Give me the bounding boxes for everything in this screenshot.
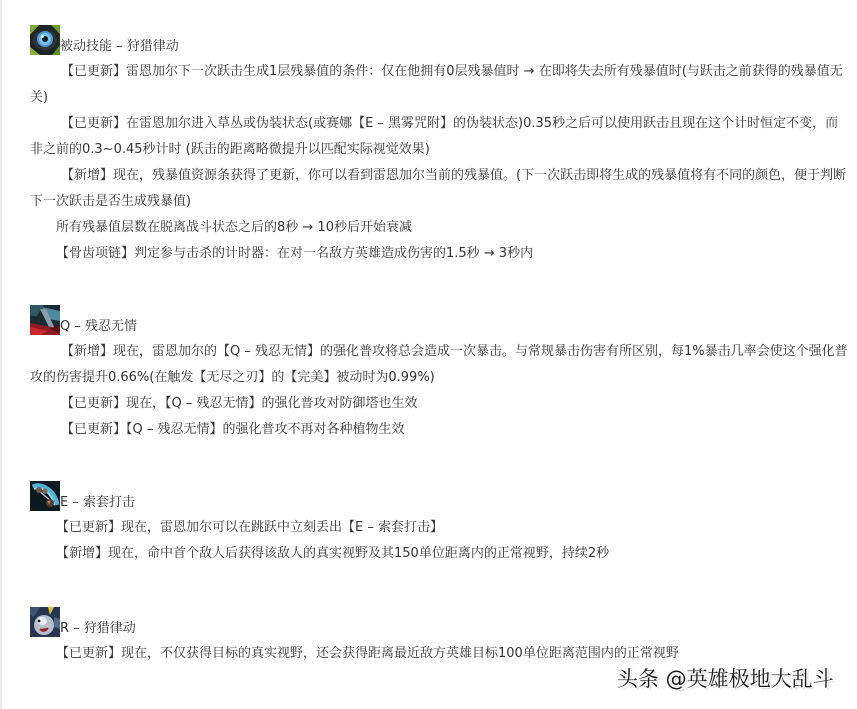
e-bola-icon	[30, 481, 60, 511]
q-blade-icon	[30, 305, 60, 335]
paragraph: 【骨齿项链】判定参与击杀的计时器：在对一名敌方英雄造成伤害的1.5秒 → 3秒内	[30, 241, 850, 267]
paragraph: 【新增】现在，残暴值资源条获得了更新，你可以看到雷恩加尔当前的残暴值。(下一次跃…	[30, 163, 850, 215]
section-title-q: Q – 残忍无情	[30, 305, 850, 335]
section-title-text: E – 索套打击	[60, 495, 135, 511]
section-title-r: R – 狩猎律动	[30, 607, 850, 637]
paragraph: 所有残暴值层数在脱离战斗状态之后的8秒 → 10秒后开始衰减	[30, 215, 850, 241]
section-title-passive: 被动技能 – 狩猎律动	[30, 25, 850, 55]
paragraph: 【新增】现在，雷恩加尔的【Q – 残忍无情】的强化普攻将总会造成一次暴击。与常规…	[30, 339, 850, 391]
section-q: Q – 残忍无情 【新增】现在，雷恩加尔的【Q – 残忍无情】的强化普攻将总会造…	[30, 305, 850, 443]
section-title-e: E – 索套打击	[30, 481, 850, 511]
r-rengar-face-icon	[30, 607, 60, 637]
paragraph: 【已更新】雷恩加尔下一次跃击生成1层残暴值的条件：仅在他拥有0层残暴值时 → 在…	[30, 59, 850, 111]
paragraph: 【已更新】现在，雷恩加尔可以在跳跃中立刻丢出【E – 索套打击】	[30, 515, 850, 541]
passive-eye-icon	[30, 25, 60, 55]
section-passive: 被动技能 – 狩猎律动 【已更新】雷恩加尔下一次跃击生成1层残暴值的条件：仅在他…	[30, 25, 850, 267]
paragraph: 【已更新】在雷恩加尔进入草丛或伪装状态(或赛娜【E – 黑雾咒附】的伪装状态)0…	[30, 111, 850, 163]
page-left-border	[0, 0, 2, 709]
paragraph: 【新增】现在，命中首个敌人后获得该敌人的真实视野及其150单位距离内的正常视野，…	[30, 541, 850, 567]
section-title-text: 被动技能 – 狩猎律动	[60, 39, 179, 55]
section-e: E – 索套打击 【已更新】现在，雷恩加尔可以在跳跃中立刻丢出【E – 索套打击…	[30, 481, 850, 567]
paragraph: 【已更新】现在，不仅获得目标的真实视野，还会获得距离最近敌方英雄目标100单位距…	[30, 641, 850, 667]
paragraph: 【已更新】【Q – 残忍无情】的强化普攻不再对各种植物生效	[30, 417, 850, 443]
section-title-text: Q – 残忍无情	[60, 319, 137, 335]
paragraph: 【已更新】现在，【Q – 残忍无情】的强化普攻对防御塔也生效	[30, 391, 850, 417]
section-title-text: R – 狩猎律动	[60, 621, 136, 637]
watermark: 头条 @英雄极地大乱斗	[617, 666, 834, 692]
section-r: R – 狩猎律动 【已更新】现在，不仅获得目标的真实视野，还会获得距离最近敌方英…	[30, 607, 850, 667]
